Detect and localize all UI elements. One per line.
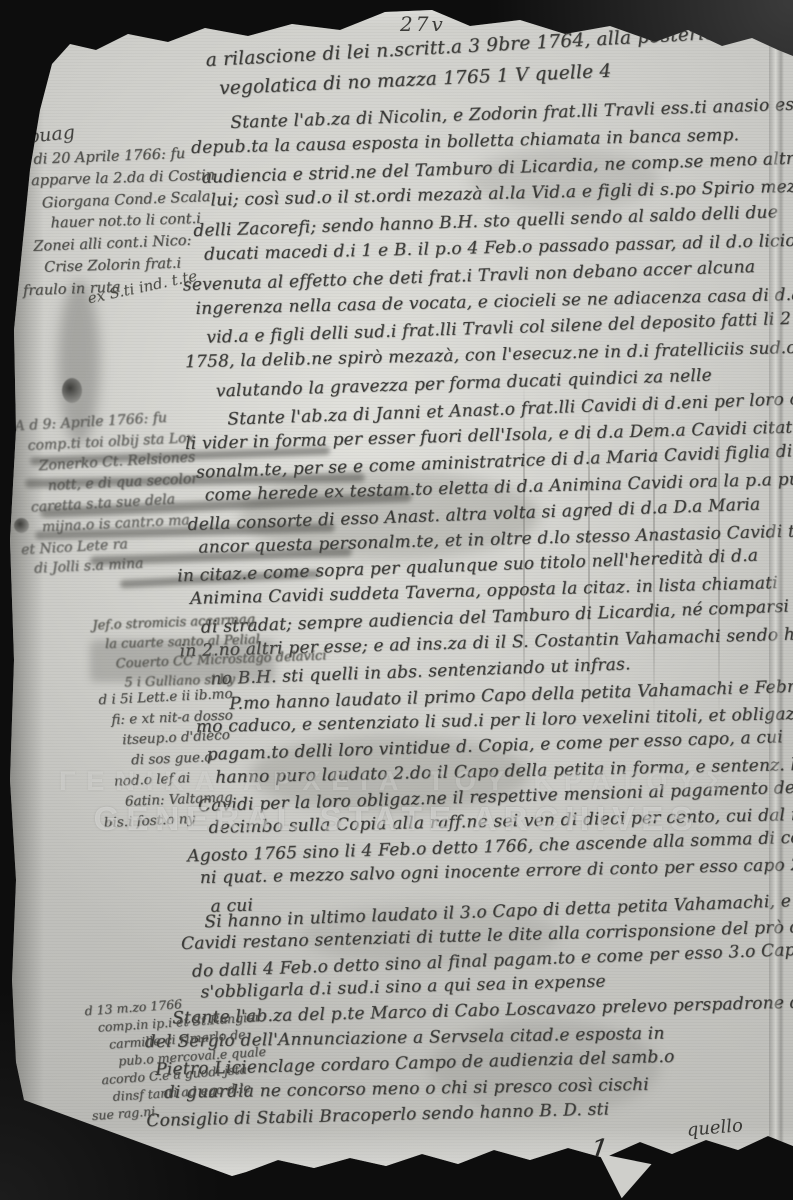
margin-note-march-13: d 13 m.zo 1766comp.in ip.i et St.Rangier… [84, 990, 270, 1125]
torn-paper-flap [590, 1153, 652, 1200]
archive-watermark-greek: ΓΕΝΙΚΑ ΑΡΧΕΙΑ ΤΟΥ ΚΡΑΤΟΥΣ [0, 766, 793, 797]
torn-edge-highlight-top [0, 0, 793, 26]
ink-blot [62, 378, 82, 403]
scan-background: 27v a rilascione di lei n.scritt.a 3 9br… [0, 0, 793, 1200]
archive-watermark: ΓΕΝΙΚΑ ΑΡΧΕΙΑ ΤΟΥ ΚΡΑΤΟΥΣ GENERAL STATE … [0, 766, 793, 838]
ink-smear [90, 640, 275, 682]
manuscript-page: 27v a rilascione di lei n.scritt.a 3 9br… [0, 0, 793, 1200]
paper-fold-line [769, 42, 784, 1150]
torn-edge-highlight-bottom [0, 1126, 793, 1180]
paragraph-1: Stante l'ab.za di Nicolin, e Zodorin fra… [178, 90, 793, 405]
archive-watermark-english: GENERAL STATE ARCHIVES [0, 800, 793, 838]
